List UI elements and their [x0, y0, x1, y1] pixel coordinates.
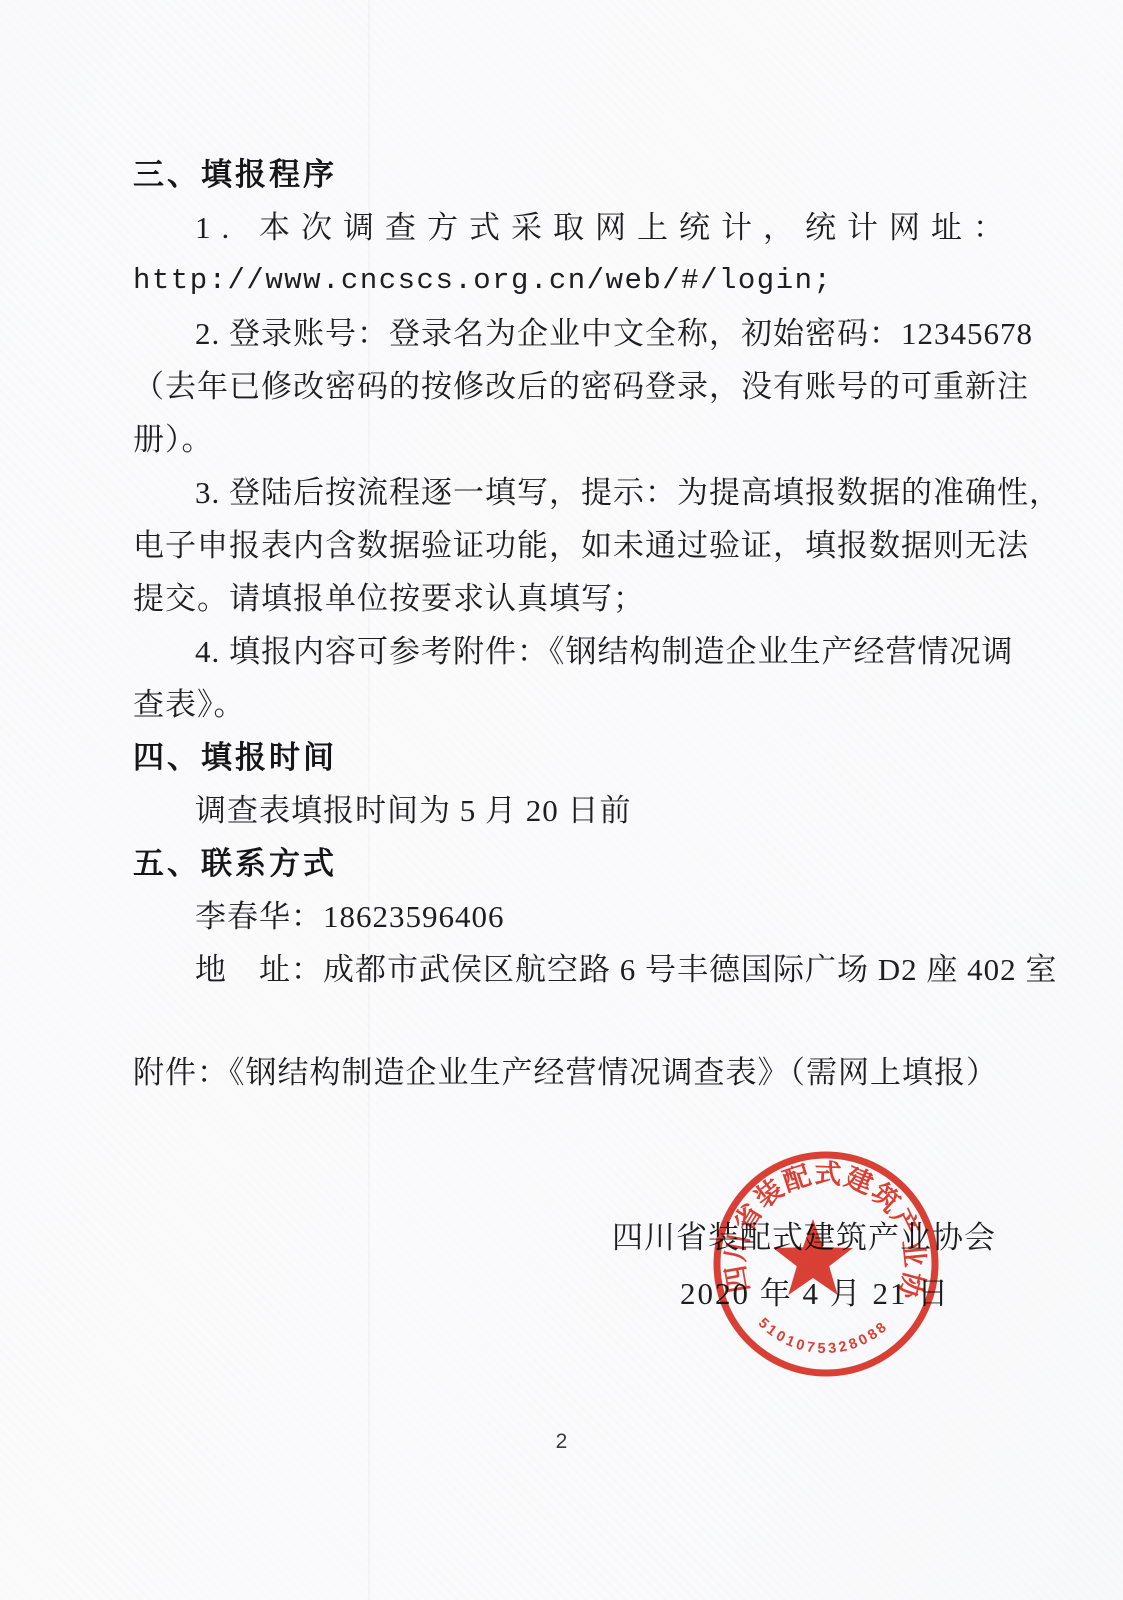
page-number: 2: [0, 1430, 1123, 1454]
document-body: 三、填报程序 1. 本次调查方式采取网上统计，统计网址： http://www.…: [133, 148, 1003, 1099]
paragraph-item-4: 4. 填报内容可参考附件：《钢结构制造企业生产经营情况调: [133, 625, 1003, 678]
official-red-seal: 四川省装配式建筑产业协会 5101075328088: [700, 1138, 952, 1390]
section-heading-3: 三、填报程序: [133, 148, 1003, 201]
contact-phone: 李春华：18623596406: [133, 890, 1003, 943]
paragraph-item-3: 3. 登陆后按流程逐一填写，提示：为提高填报数据的准确性，: [133, 466, 1003, 519]
seal-number: 5101075328088: [755, 1315, 892, 1357]
attachment-note: 附件：《钢结构制造企业生产经营情况调查表》（需网上填报）: [133, 1046, 1003, 1099]
paragraph-item-1: 1. 本次调查方式采取网上统计，统计网址：: [133, 201, 1003, 254]
section-heading-5: 五、联系方式: [133, 837, 1003, 890]
paragraph-item-3-cont2: 提交。请填报单位按要求认真填写；: [133, 572, 1003, 625]
deadline-text: 调查表填报时间为 5 月 20 日前: [133, 784, 1003, 837]
paragraph-item-2: 2. 登录账号：登录名为企业中文全称，初始密码：12345678: [133, 307, 1003, 360]
paragraph-item-3-cont1: 电子申报表内含数据验证功能，如未通过验证，填报数据则无法: [133, 519, 1003, 572]
paragraph-item-2-cont2: 册）。: [133, 413, 1003, 466]
scanned-document-page: 三、填报程序 1. 本次调查方式采取网上统计，统计网址： http://www.…: [0, 0, 1123, 1600]
survey-url: http://www.cncscs.org.cn/web/#/login;: [133, 254, 1003, 307]
paragraph-item-4-cont1: 查表》。: [133, 678, 1003, 731]
paragraph-item-2-cont1: （去年已修改密码的按修改后的密码登录，没有账号的可重新注: [133, 360, 1003, 413]
section-heading-4: 四、填报时间: [133, 731, 1003, 784]
contact-address: 地 址：成都市武侯区航空路 6 号丰德国际广场 D2 座 402 室: [133, 943, 1003, 996]
star-icon: [773, 1219, 853, 1295]
